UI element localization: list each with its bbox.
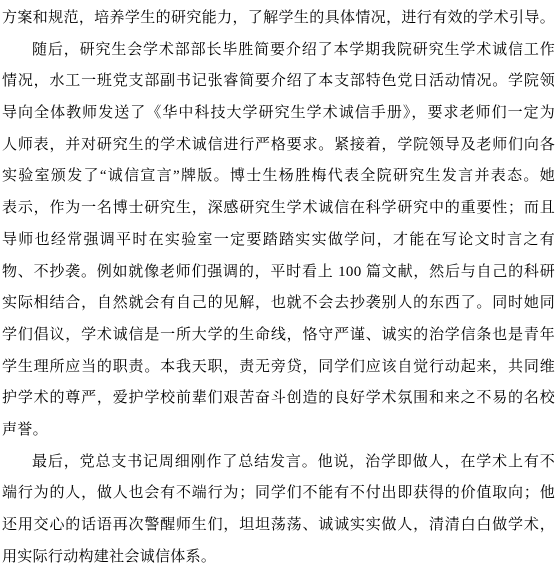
- document-page: 方案和规范，培养学生的研究能力，了解学生的具体情况，进行有效的学术引导。 随后，…: [0, 0, 557, 574]
- text-line: 用实际行动构建社会诚信体系。: [2, 542, 555, 574]
- text-line: 随后，研究生会学术部部长毕胜简要介绍了本学期我院研究生学术诚信工作: [2, 35, 555, 67]
- text-line: 端行为的人，做人也会有不端行为；同学们不能有不付出即获得的价值取向；他: [2, 478, 555, 510]
- text-line: 学生理所应当的职责。本我天职，责无旁贷，同学们应该自觉行动起来，共同维: [2, 352, 555, 384]
- text-line: 实际相结合，自然就会有自己的见解，也就不会去抄袭别人的东西了。同时她同: [2, 288, 555, 320]
- text-line: 导师也经常强调平时在实验室一定要踏踏实实做学问，才能在写论文时言之有: [2, 225, 555, 257]
- text-line: 人师表，并对研究生的学术诚信进行严格要求。紧接着，学院领导及老师们向各: [2, 130, 555, 162]
- document-body: 方案和规范，培养学生的研究能力，了解学生的具体情况，进行有效的学术引导。 随后，…: [2, 3, 555, 573]
- text-line: 声誉。: [2, 415, 555, 447]
- text-line: 导向全体教师发送了《华中科技大学研究生学术诚信手册》，要求老师们一定为: [2, 98, 555, 130]
- text-line: 护学术的尊严，爱护学校前辈们艰苦奋斗创造的良好学术氛围和来之不易的名校: [2, 383, 555, 415]
- text-line: 实验室颁发了“诚信宣言”牌版。博士生杨胜梅代表全院研究生发言并表态。她: [2, 161, 555, 193]
- text-line: 方案和规范，培养学生的研究能力，了解学生的具体情况，进行有效的学术引导。: [2, 3, 555, 35]
- text-line: 物、不抄袭。例如就像老师们强调的，平时看上 100 篇文献，然后与自己的科研: [2, 257, 555, 289]
- text-line: 最后，党总支书记周细刚作了总结发言。他说，治学即做人，在学术上有不: [2, 447, 555, 479]
- text-line: 情况，水工一班党支部副书记张睿简要介绍了本支部特色党日活动情况。学院领: [2, 66, 555, 98]
- text-line: 还用交心的话语再次警醒师生们，坦坦荡荡、诚诚实实做人，清清白白做学术，: [2, 510, 555, 542]
- text-line: 学们倡议，学术诚信是一所大学的生命线，恪守严谨、诚实的治学信条也是青年: [2, 320, 555, 352]
- text-line: 表示，作为一名博士研究生，深感研究生学术诚信在科学研究中的重要性；而且: [2, 193, 555, 225]
